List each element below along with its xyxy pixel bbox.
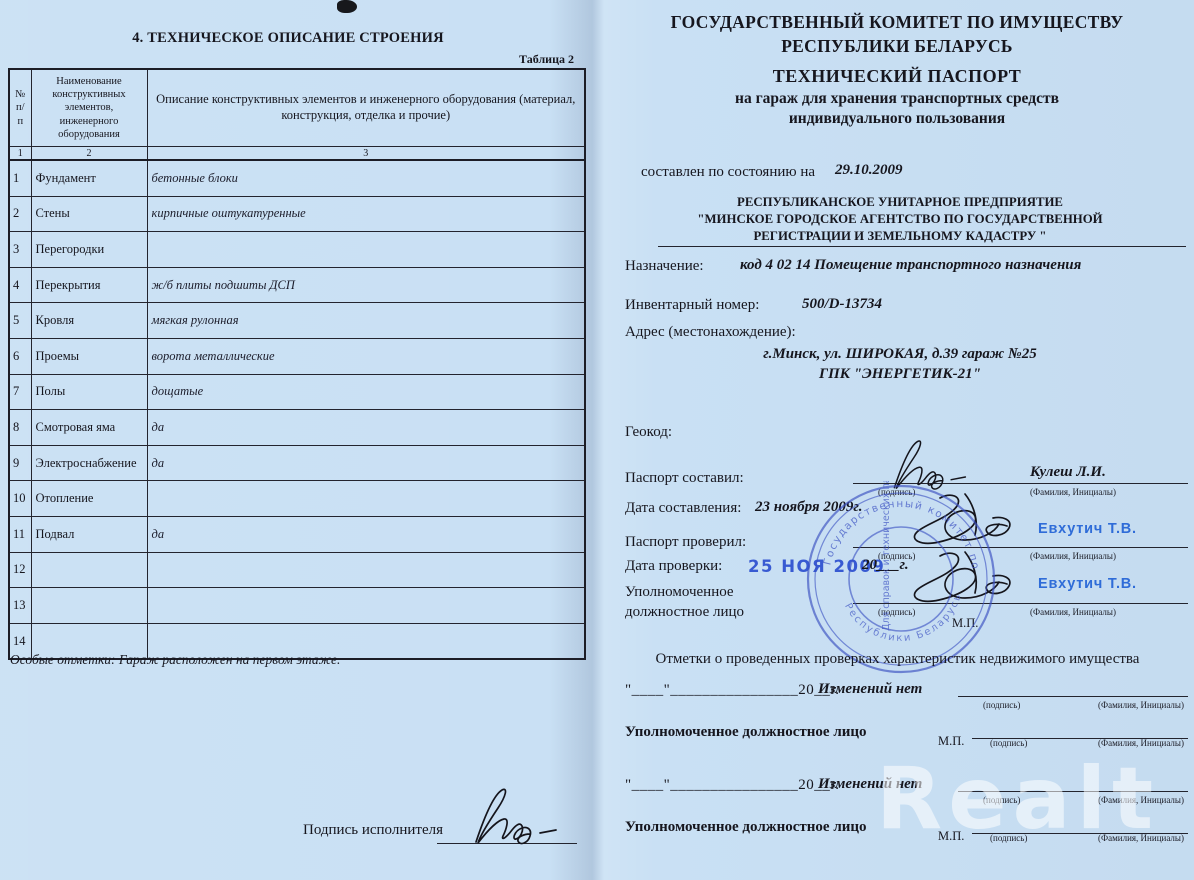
name-caption: (Фамилия, Инициалы) xyxy=(1030,551,1116,561)
check-official-label: Уполномоченное должностное лицо xyxy=(625,819,867,836)
document-title: ТЕХНИЧЕСКИЙ ПАСПОРТ xyxy=(604,66,1190,87)
row-name xyxy=(31,588,147,624)
table-row: 12 xyxy=(9,552,585,588)
row-name: Перегородки xyxy=(31,232,147,268)
executor-signature-label: Подпись исполнителя xyxy=(303,822,443,839)
row-desc xyxy=(147,481,585,517)
row-desc: дощатые xyxy=(147,374,585,410)
checks-section-title: Отметки о проведенных проверках характер… xyxy=(625,651,1170,668)
table-row: 13 xyxy=(9,588,585,624)
name-caption: (Фамилия, Инициалы) xyxy=(1098,738,1184,748)
row-desc: бетонные блоки xyxy=(147,160,585,196)
special-notes: Особые отметки: Гараж расположен на перв… xyxy=(10,652,340,668)
table-colindex-row: 1 2 3 xyxy=(9,147,585,161)
row-num: 9 xyxy=(9,445,31,481)
official-name-facsimile: Евхутич Т.В. xyxy=(1038,576,1137,592)
address-line1: г.Минск, ул. ШИРОКАЯ, д.39 гараж №25 xyxy=(660,346,1140,363)
row-desc: мягкая рулонная xyxy=(147,303,585,339)
address-line2: ГПК "ЭНЕРГЕТИК-21" xyxy=(660,366,1140,383)
table-row: 5Кровлямягкая рулонная xyxy=(9,303,585,339)
committee-title-line2: РЕСПУБЛИКИ БЕЛАРУСЬ xyxy=(604,36,1190,57)
table-header-row: № п/п Наименование конструктивных элемен… xyxy=(9,69,585,147)
compiled-by-label: Паспорт составил: xyxy=(625,470,744,487)
row-name: Стены xyxy=(31,196,147,232)
row-num: 1 xyxy=(9,160,31,196)
row-num: 12 xyxy=(9,552,31,588)
signature-caption: (подпись) xyxy=(990,738,1027,748)
colindex-1: 1 xyxy=(9,147,31,161)
name-caption: (Фамилия, Инициалы) xyxy=(1030,487,1116,497)
row-num: 13 xyxy=(9,588,31,624)
row-num: 3 xyxy=(9,232,31,268)
purpose-label: Назначение: xyxy=(625,258,704,275)
as-of-label: составлен по состоянию на xyxy=(641,164,815,181)
row-name: Электроснабжение xyxy=(31,445,147,481)
row-desc: ж/б плиты подшиты ДСП xyxy=(147,267,585,303)
scanned-technical-passport: 4. ТЕХНИЧЕСКОЕ ОПИСАНИЕ СТРОЕНИЯ Таблица… xyxy=(0,0,1194,880)
check-signature-line xyxy=(958,683,1188,697)
row-num: 8 xyxy=(9,410,31,446)
row-name: Подвал xyxy=(31,516,147,552)
row-desc: да xyxy=(147,445,585,481)
table-row: 10Отопление xyxy=(9,481,585,517)
agency-line1: РЕСПУБЛИКАНСКОЕ УНИТАРНОЕ ПРЕДПРИЯТИЕ xyxy=(620,194,1180,211)
col-header-desc: Описание конструктивных элементов и инже… xyxy=(147,69,585,147)
row-name: Кровля xyxy=(31,303,147,339)
check-date-blank: "____"________________20__г. xyxy=(625,777,839,794)
table-row: 6Проемыворота металлические xyxy=(9,338,585,374)
svg-text:Республики Беларусь: Республики Беларусь xyxy=(842,591,964,644)
realt-watermark: Realt xyxy=(876,756,1159,842)
row-desc: да xyxy=(147,516,585,552)
row-desc xyxy=(147,552,585,588)
row-desc: кирпичные оштукатуренные xyxy=(147,196,585,232)
table-row: 9Электроснабжениеда xyxy=(9,445,585,481)
row-num: 7 xyxy=(9,374,31,410)
name-caption: (Фамилия, Инициалы) xyxy=(1098,700,1184,710)
compiled-by-name: Кулеш Л.И. xyxy=(1030,464,1106,481)
row-name: Фундамент xyxy=(31,160,147,196)
name-caption: (Фамилия, Инициалы) xyxy=(1030,607,1116,617)
row-name: Полы xyxy=(31,374,147,410)
agency-underline xyxy=(658,232,1186,247)
document-subtitle-line1: на гараж для хранения транспортных средс… xyxy=(604,90,1190,108)
table-row: 2Стеныкирпичные оштукатуренные xyxy=(9,196,585,232)
geocode-label: Геокод: xyxy=(625,424,672,441)
compile-date-label: Дата составления: xyxy=(625,500,741,517)
check-date-label: Дата проверки: xyxy=(625,558,722,575)
table-row: 8Смотровая ямада xyxy=(9,410,585,446)
agency-line2: "МИНСКОЕ ГОРОДСКОЕ АГЕНТСТВО ПО ГОСУДАРС… xyxy=(620,211,1180,228)
purpose-value: код 4 02 14 Помещение транспортного назн… xyxy=(740,257,1081,274)
inventory-number-label: Инвентарный номер: xyxy=(625,297,759,314)
row-name: Отопление xyxy=(31,481,147,517)
check-official-line xyxy=(972,725,1188,739)
row-num: 2 xyxy=(9,196,31,232)
row-desc: ворота металлические xyxy=(147,338,585,374)
table-caption: Таблица 2 xyxy=(8,52,574,67)
table-row: 11Подвалда xyxy=(9,516,585,552)
address-label: Адрес (местонахождение): xyxy=(625,324,796,341)
table-row: 4Перекрытияж/б плиты подшиты ДСП xyxy=(9,267,585,303)
signature-caption: (подпись) xyxy=(983,700,1020,710)
table-row: 3Перегородки xyxy=(9,232,585,268)
round-stamp: Государственный комитет по имуществу Рес… xyxy=(803,481,999,677)
row-name xyxy=(31,552,147,588)
row-desc: да xyxy=(147,410,585,446)
table-row: 1Фундаментбетонные блоки xyxy=(9,160,585,196)
signature-kulesh xyxy=(448,786,573,848)
inventory-number-value: 500/D-13734 xyxy=(802,296,882,313)
check-official-label: Уполномоченное должностное лицо xyxy=(625,724,867,741)
committee-title-line1: ГОСУДАРСТВЕННЫЙ КОМИТЕТ ПО ИМУЩЕСТВУ xyxy=(604,12,1190,33)
row-num: 4 xyxy=(9,267,31,303)
row-name: Смотровая яма xyxy=(31,410,147,446)
as-of-date: 29.10.2009 xyxy=(835,162,903,179)
official-label-line1: Уполномоченное xyxy=(625,584,734,601)
row-num: 6 xyxy=(9,338,31,374)
checked-by-name-facsimile: Евхутич Т.В. xyxy=(1038,521,1137,537)
row-num: 11 xyxy=(9,516,31,552)
technical-description-table: № п/п Наименование конструктивных элемен… xyxy=(8,68,586,660)
scan-smudge xyxy=(337,0,357,13)
check-date-blank: "____"________________20__г. xyxy=(625,682,839,699)
left-section-title: 4. ТЕХНИЧЕСКОЕ ОПИСАНИЕ СТРОЕНИЯ xyxy=(8,30,568,47)
row-num: 10 xyxy=(9,481,31,517)
colindex-2: 2 xyxy=(31,147,147,161)
checked-by-label: Паспорт проверил: xyxy=(625,534,746,551)
col-header-name: Наименование конструктивных элементов, и… xyxy=(31,69,147,147)
row-name: Проемы xyxy=(31,338,147,374)
row-name: Перекрытия xyxy=(31,267,147,303)
document-subtitle-line2: индивидуального пользования xyxy=(604,110,1190,128)
official-label-line2: должностное лицо xyxy=(625,604,744,621)
stamp-inner-text: Для справок и технических паспортов xyxy=(881,481,892,631)
col-header-num: № п/п xyxy=(9,69,31,147)
row-desc xyxy=(147,232,585,268)
colindex-3: 3 xyxy=(147,147,585,161)
row-num: 5 xyxy=(9,303,31,339)
no-changes-note: Изменений нет xyxy=(818,681,922,698)
mp-label: М.П. xyxy=(938,734,964,749)
table-row: 7Полыдощатые xyxy=(9,374,585,410)
row-desc xyxy=(147,588,585,624)
